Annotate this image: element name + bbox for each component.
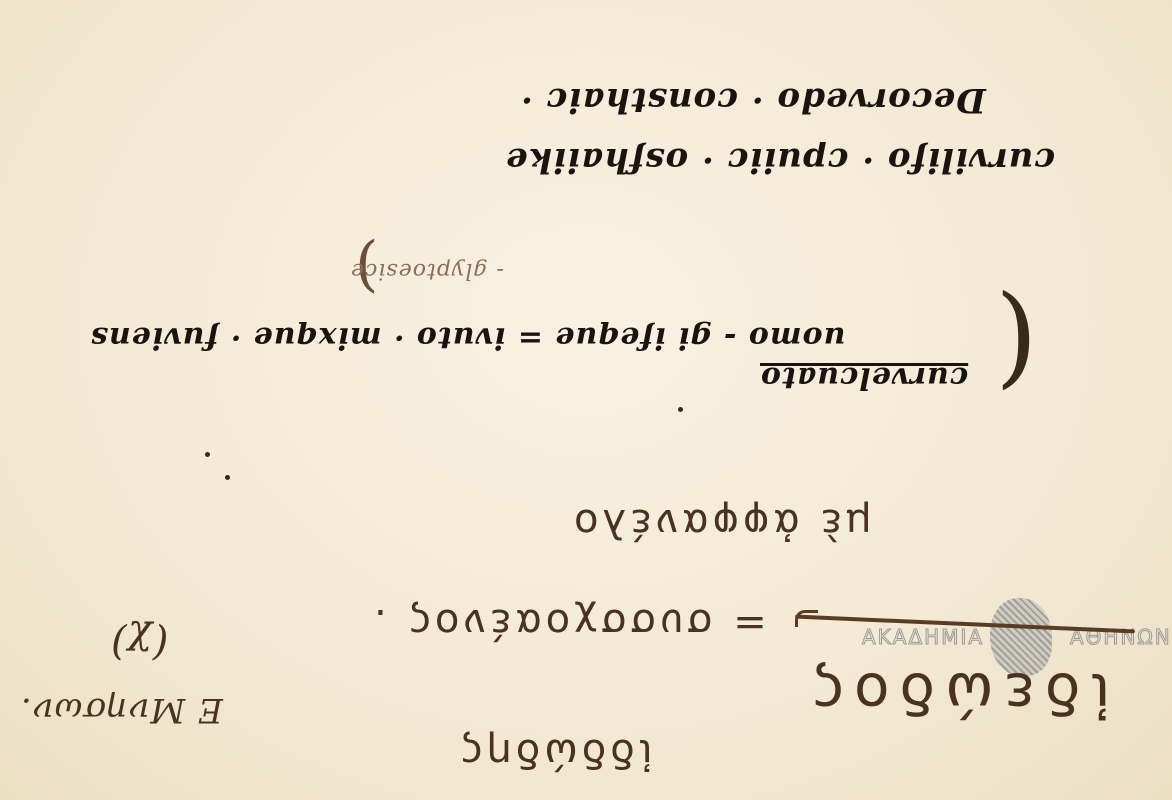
opening-parenthesis: (: [995, 290, 1038, 400]
handwritten-line-middle-2: curvelcuato: [760, 360, 968, 395]
ink-dot: [678, 407, 683, 412]
handwritten-line-middle-1: uomo - gi ifeque = ivuto · mixque · fuvi…: [90, 320, 845, 355]
handwritten-line-top-2: curvilifo · cpuiic · osfhaiike: [505, 140, 1055, 180]
ink-dot: [225, 475, 230, 480]
manuscript-page: Decorvedo · consthaic · curvilifo · cpui…: [0, 0, 1172, 800]
greek-line-3: ἰδεώδος: [800, 660, 1110, 728]
signature: Ε Μνησων.: [20, 690, 223, 730]
watermark-text-left: ΑΚΑΔΗΜΙΑ: [862, 625, 984, 649]
annotation-mark: (χ): [110, 620, 168, 666]
greek-line-2: = συσσχοαένος .: [370, 600, 767, 646]
greek-line-4: ἰδδώδης: [455, 730, 652, 776]
handwritten-gloss: - glyptoesice: [350, 258, 504, 283]
greek-line-1: μὲ ἀφφανέλο: [570, 500, 871, 546]
handwritten-line-top-1: Decorvedo · consthaic ·: [520, 80, 986, 120]
ink-dot: [205, 452, 210, 457]
